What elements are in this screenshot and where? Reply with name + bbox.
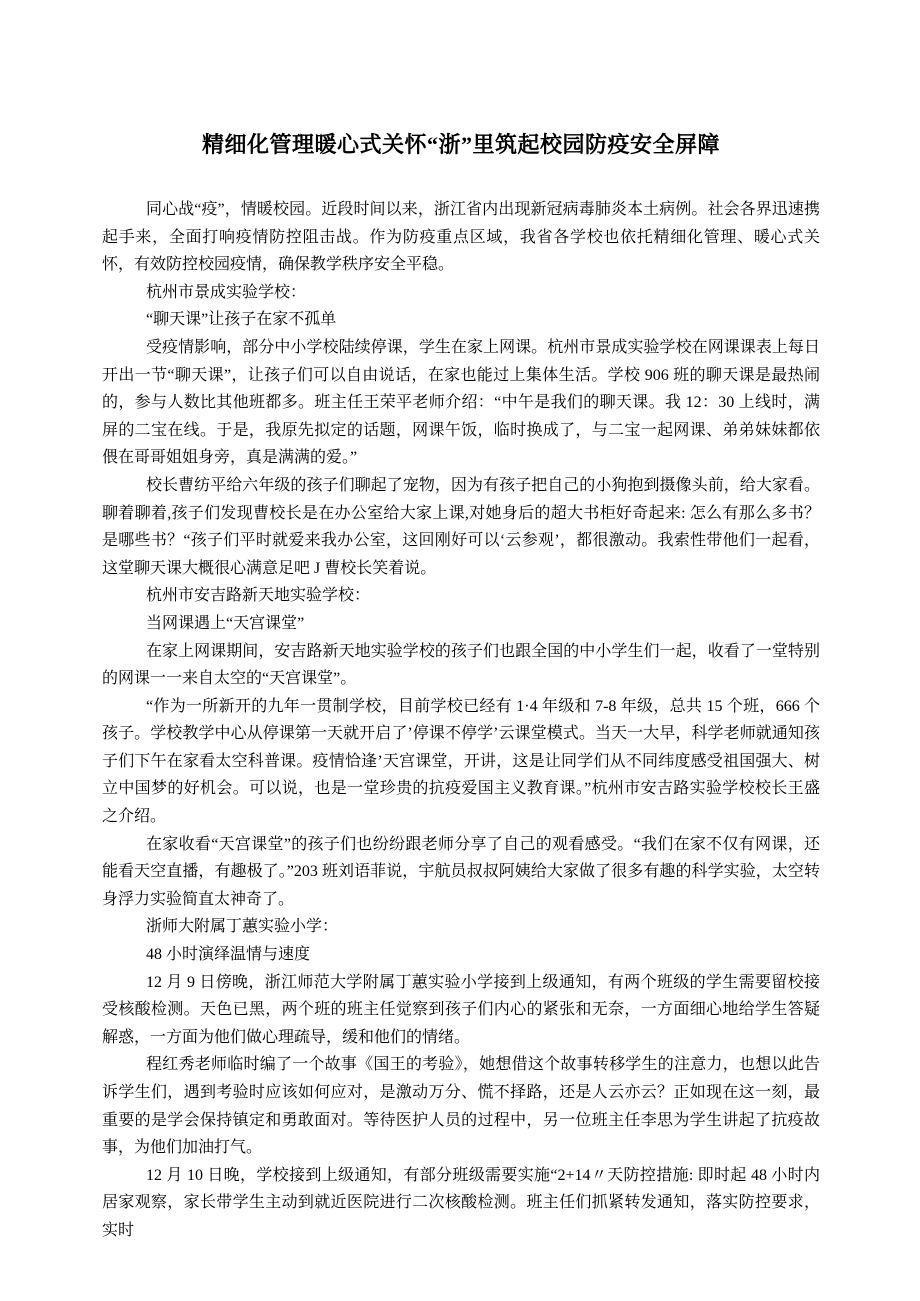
document-title: 精细化管理暖心式关怀“浙”里筑起校园防疫安全屏障: [102, 130, 820, 160]
paragraph: 程红秀老师临时编了一个故事《国王的考验》，她想借这个故事转移学生的注意力，也想以…: [102, 1051, 820, 1161]
section-school-label: 浙师大附属丁蕙实验小学：: [102, 913, 820, 941]
section-school-label: 杭州市景成实验学校：: [102, 279, 820, 307]
paragraph: 在家上网课期间，安吉路新天地实验学校的孩子们也跟全国的中小学生们一起，收看了一堂…: [102, 638, 820, 693]
section-subtitle: 当网课遇上“天宫课堂”: [102, 610, 820, 638]
paragraph: 受疫情影响，部分中小学校陆续停课，学生在家上网课。杭州市景成实验学校在网课课表上…: [102, 334, 820, 472]
document-body: 同心战“疫”，情暖校园。近段时间以来，浙江省内出现新冠病毒肺炎本土病例。社会各界…: [102, 196, 820, 1245]
paragraph: “作为一所新开的九年一贯制学校，目前学校已经有 1·4 年级和 7-8 年级，总…: [102, 693, 820, 831]
section-subtitle: “聊天课”让孩子在家不孤单: [102, 306, 820, 334]
section-school-label: 杭州市安吉路新天地实验学校：: [102, 582, 820, 610]
document-page: 精细化管理暖心式关怀“浙”里筑起校园防疫安全屏障 同心战“疫”，情暖校园。近段时…: [0, 0, 920, 1301]
paragraph: 12 月 10 日晚，学校接到上级通知，有部分班级需要实施“2+14〃天防控措施…: [102, 1162, 820, 1245]
section-subtitle: 48 小时演绎温情与速度: [102, 941, 820, 969]
paragraph: 在家收看“天宫课堂”的孩子们也纷纷跟老师分享了自己的观看感受。“我们在家不仅有网…: [102, 831, 820, 914]
paragraph: 12 月 9 日傍晚，浙江师范大学附属丁蕙实验小学接到上级通知，有两个班级的学生…: [102, 969, 820, 1052]
intro-paragraph: 同心战“疫”，情暖校园。近段时间以来，浙江省内出现新冠病毒肺炎本土病例。社会各界…: [102, 196, 820, 279]
paragraph: 校长曹纺平给六年级的孩子们聊起了宠物，因为有孩子把自己的小狗抱到摄像头前，给大家…: [102, 472, 820, 582]
